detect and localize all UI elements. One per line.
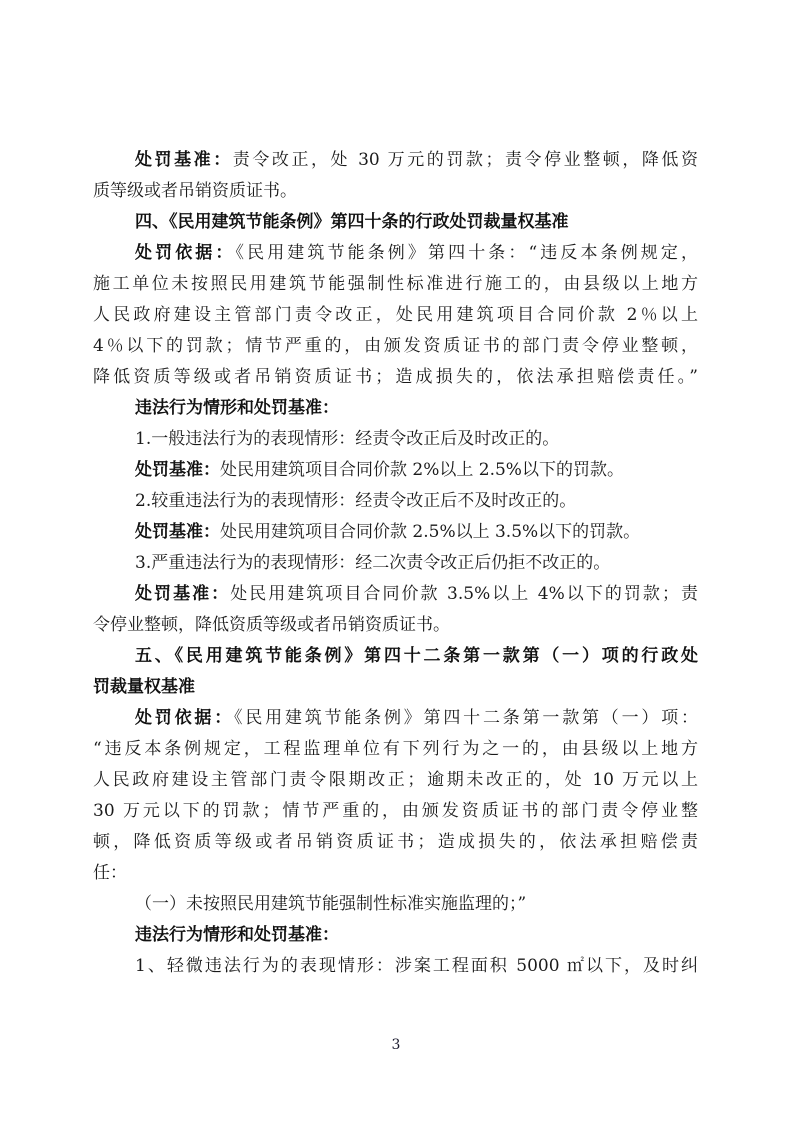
document-body: 处罚基准：责令改正，处 30 万元的罚款；责令停业整顿，降低资质等级或者吊销资质… [93,145,698,982]
text-line: 降低资质等级或者吊销资质证书；造成损失的，依法承担赔偿责任。” [93,362,698,393]
text-line: 处罚基准：处民用建筑项目合同价款 2%以上 2.5%以下的罚款。 [93,455,698,486]
heading-line: 四、《民用建筑节能条例》第四十条的行政处罚裁量权基准 [93,207,698,238]
bold-label: 处罚依据： [135,243,236,263]
text-line: 处罚基准：处民用建筑项目合同价款 2.5%以上 3.5%以下的罚款。 [93,517,698,548]
text-line: 人民政府建设主管部门责令限期改正；逾期未改正的，处 10 万元以上 [93,765,698,796]
text-line: 施工单位未按照民用建筑节能强制性标准进行施工的，由县级以上地方 [93,269,698,300]
text-line: 任： [93,858,698,889]
heading-line: 违法行为情形和处罚基准： [93,920,698,951]
text-line: 处罚基准：处民用建筑项目合同价款 3.5%以上 4%以下的罚款；责 [93,579,698,610]
bold-label: 处罚基准： [135,584,230,604]
text-line: 1.一般违法行为的表现情形：经责令改正后及时改正的。 [93,424,698,455]
text-line: 质等级或者吊销资质证书。 [93,176,698,207]
heading-line: 违法行为情形和处罚基准： [93,393,698,424]
text-line: 令停业整顿，降低资质等级或者吊销资质证书。 [93,610,698,641]
text-line: “违反本条例规定，工程监理单位有下列行为之一的，由县级以上地方 [93,734,698,765]
text-line: （一）未按照民用建筑节能强制性标准实施监理的；” [93,889,698,920]
bold-label: 处罚基准： [135,522,220,542]
text-line: 3.严重违法行为的表现情形：经二次责令改正后仍拒不改正的。 [93,548,698,579]
text-line: 2.较重违法行为的表现情形：经责令改正后不及时改正的。 [93,486,698,517]
bold-label: 处罚基准： [135,150,233,170]
text-line: 4％以下的罚款；情节严重的，由颁发资质证书的部门责令停业整顿， [93,331,698,362]
bold-label: 处罚基准： [135,460,220,480]
text-line: 30 万元以下的罚款；情节严重的，由颁发资质证书的部门责令停业整 [93,796,698,827]
page-number: 3 [0,1036,792,1054]
text-line: 1、轻微违法行为的表现情形：涉案工程面积 5000 ㎡以下，及时纠 [93,951,698,982]
document-page: 处罚基准：责令改正，处 30 万元的罚款；责令停业整顿，降低资质等级或者吊销资质… [0,0,792,1121]
heading-line: 五、《民用建筑节能条例》第四十二条第一款第（一）项的行政处 [93,641,698,672]
text-line: 处罚依据：《民用建筑节能条例》第四十二条第一款第（一）项： [93,703,698,734]
text-line: 顿，降低资质等级或者吊销资质证书；造成损失的，依法承担赔偿责 [93,827,698,858]
text-line: 人民政府建设主管部门责令改正，处民用建筑项目合同价款 2％以上 [93,300,698,331]
heading-line: 罚裁量权基准 [93,672,698,703]
text-line: 处罚基准：责令改正，处 30 万元的罚款；责令停业整顿，降低资 [93,145,698,176]
bold-label: 处罚依据： [135,708,234,728]
text-line: 处罚依据：《民用建筑节能条例》第四十条：“违反本条例规定， [93,238,698,269]
